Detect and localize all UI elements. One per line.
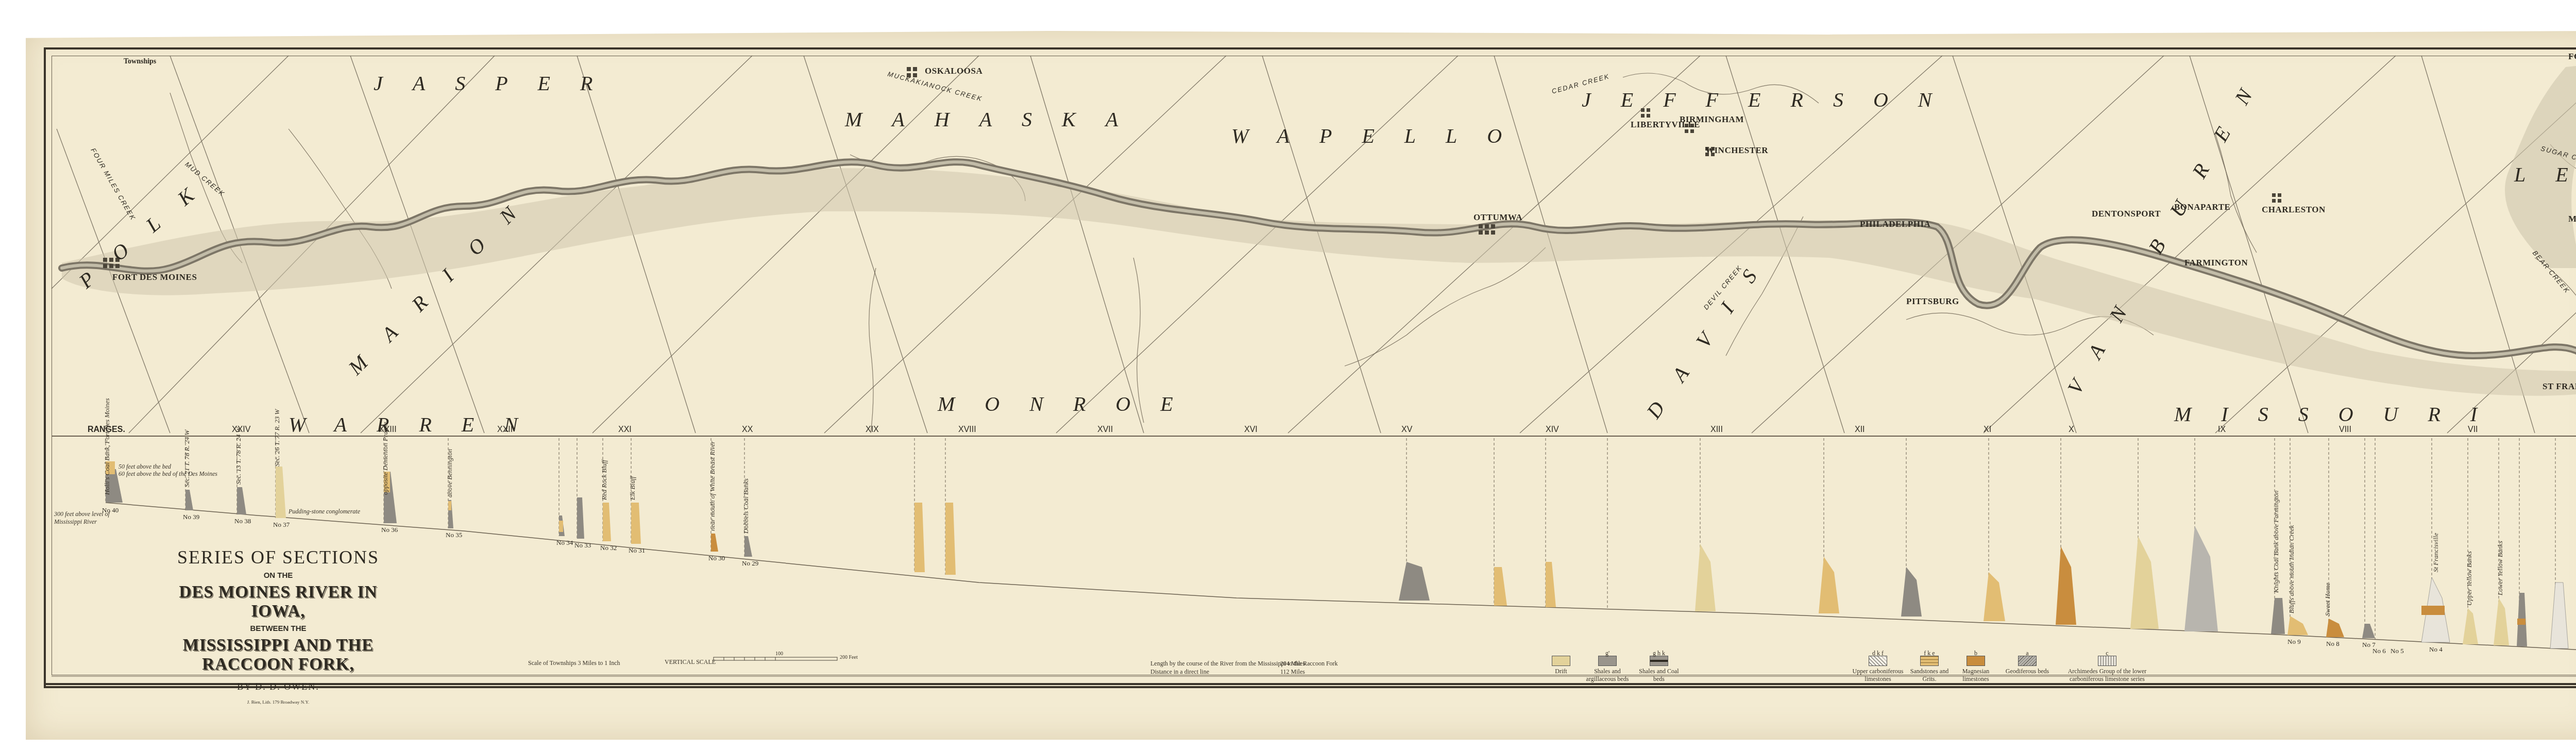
section-no-31: No 31	[629, 546, 645, 555]
range-xvii: XVII	[1097, 425, 1113, 435]
title-mississippi-raccoon: MISSISSIPPI AND THE RACCOON FORK,	[165, 636, 392, 674]
section-no-32: No 32	[600, 544, 617, 552]
section-no-29: No 29	[742, 559, 758, 568]
town-montrose: MONTROSE	[2568, 214, 2576, 224]
section-label-upper-yellow: Upper Yellow Banks	[2465, 551, 2473, 606]
town-bonaparte: BONAPARTE	[2174, 202, 2230, 212]
county-monroe: MONROE	[938, 392, 1203, 416]
county-mahaska: MAHASKA	[845, 107, 1148, 131]
legend-label: Upper carboniferous limestones	[1850, 668, 1906, 683]
county-wapello: WAPELLO	[1231, 124, 1532, 148]
legend-label: Magnesian limestones	[1953, 668, 1999, 683]
section-label-holli: Holli's Coal Bank, Fort Des Moines	[103, 398, 111, 495]
legend-swatch-geodiferous	[2018, 656, 2037, 666]
county-jefferson: JEFFERSON	[1582, 88, 1962, 112]
legend-shales-coal: g h k Shales and Coal beds	[1636, 650, 1682, 683]
distance-direct-value: 112 Miles	[1280, 668, 1305, 676]
section-no-4: No 4	[2429, 645, 2443, 654]
legend-swatch-sandstone	[1920, 656, 1939, 666]
section-no-36: No 36	[381, 526, 398, 534]
legend-code: c	[2056, 650, 2159, 656]
legend-magnesian: b Magnesian limestones	[1953, 650, 1999, 683]
legend-swatch-drift	[1552, 656, 1570, 666]
title-cartouche: SERIES OF SECTIONS ON THE DES MOINES RIV…	[165, 546, 392, 705]
section-no-5: No 5	[2391, 647, 2404, 655]
legend-label: Shales and Coal beds	[1636, 668, 1682, 683]
county-jasper: JASPER	[374, 71, 623, 95]
range-xvi: XVI	[1244, 425, 1258, 435]
range-viii: VIII	[2339, 425, 2351, 435]
title-author: BY D. D. OWEN.	[165, 681, 392, 692]
town-ottumwa: OTTUMWA	[1473, 212, 1522, 223]
section-no-30: No 30	[708, 554, 725, 562]
title-des-moines-river: DES MOINES RIVER IN IOWA,	[165, 583, 392, 621]
legend-swatch-archimedes	[2098, 656, 2116, 666]
legend-label: Shales and argillaceous beds	[1579, 668, 1636, 683]
range-xii: XII	[1855, 425, 1865, 435]
legend-swatch-shales	[1598, 656, 1617, 666]
range-xxi: XXI	[618, 425, 632, 435]
township-scale: Scale of Townships 3 Miles to 1 Inch	[528, 659, 620, 667]
town-winchester: WINCHESTER	[1705, 145, 1768, 156]
range-xiv: XIV	[1546, 425, 1559, 435]
legend-label: Geodiferous beds	[1999, 668, 2056, 675]
town-fort-madison: FORT MADISON	[2568, 52, 2576, 62]
legend-code: a	[1999, 650, 2056, 656]
section-no-39: No 39	[183, 513, 199, 521]
distance-direct-label: Distance in a direct line	[1150, 668, 1209, 676]
section-label-indian-creek: Bluffs above mouth Indian Creek	[2287, 525, 2296, 613]
range-xx: XX	[742, 425, 753, 435]
section-label-bennington: above Bennington	[446, 449, 454, 497]
distance-length-label: Length by the course of the River from t…	[1150, 660, 1338, 668]
legend-label: Archimedes Group of the lower carbonifer…	[2056, 668, 2159, 683]
range-ix: IX	[2218, 425, 2226, 435]
section-label-lower-yellow: Lower Yellow Banks	[2496, 541, 2504, 595]
range-xix: XIX	[866, 425, 879, 435]
range-x: X	[2069, 425, 2074, 435]
legend-code: f k e	[1906, 650, 1953, 656]
vertical-scale-mid: 100	[775, 651, 783, 657]
note-60-feet: 60 feet above the bed of the Des Moines	[118, 470, 217, 478]
county-lee: LEE	[2514, 162, 2576, 187]
legend-shales-argillaceous: g' Shales and argillaceous beds	[1579, 650, 1636, 683]
section-label-elk-bluff: Elk Bluff	[629, 476, 637, 500]
title-engraver: J. Bien, Lith. 179 Broadway N.Y.	[165, 700, 392, 705]
section-no-35: No 35	[446, 531, 462, 539]
town-fort-des-moines: FORT DES MOINES	[112, 272, 197, 282]
town-philadelphia: PHILADELPHIA	[1860, 219, 1930, 229]
town-birmingham: BIRMINGHAM	[1680, 114, 1744, 125]
county-missouri: MISSOURI	[2174, 402, 2507, 426]
note-conglomerate: Pudding-stone conglomerate	[289, 508, 360, 515]
range-xviii: XVIII	[958, 425, 976, 435]
section-no-37: No 37	[273, 521, 290, 529]
town-farmington: FARMINGTON	[2184, 258, 2248, 268]
legend-code	[1543, 650, 1579, 656]
section-label-sec13: Sec. 13 T. 78 R. 24 W	[234, 427, 243, 485]
title-between-the: BETWEEN THE	[165, 624, 392, 633]
range-xxii: XXII	[497, 425, 513, 435]
section-label-st-francisville: St Francisville	[2432, 533, 2440, 572]
legend-code: b	[1953, 650, 1999, 656]
legend-upper-carboniferous: d k f Upper carboniferous limestones	[1850, 650, 1906, 683]
section-label-sweet-home: Sweet Home	[2324, 582, 2332, 616]
legend-swatch-limestone	[1869, 656, 1887, 666]
section-no-38: No 38	[234, 517, 251, 525]
legend-swatch-coal	[1650, 656, 1668, 666]
legend-code: g h k	[1636, 650, 1682, 656]
legend-geodiferous: a Geodiferous beds	[1999, 650, 2056, 675]
note-50-feet: 50 feet above the bed	[118, 463, 171, 471]
section-no-9: No 9	[2287, 638, 2301, 646]
title-on-the: ON THE	[165, 571, 392, 580]
title-series-of-sections: SERIES OF SECTIONS	[165, 546, 392, 568]
range-xv: XV	[1401, 425, 1412, 435]
legend-swatch-magnesian	[1967, 656, 1985, 666]
legend-drift: Drift	[1543, 650, 1579, 675]
vertical-scale-end: 200 Feet	[840, 655, 858, 660]
section-no-34: No 34	[556, 539, 573, 547]
range-xi: XI	[1984, 425, 1991, 435]
legend-label: Sandstones and Grits.	[1906, 668, 1953, 683]
section-label-red-rock: Red Rock Bluff	[600, 460, 608, 500]
town-oskaloosa: OSKALOOSA	[925, 66, 982, 76]
town-dentonsport: DENTONSPORT	[2092, 209, 2161, 219]
range-xiii: XIII	[1710, 425, 1723, 435]
vertical-scale-bar	[714, 657, 837, 660]
legend-sandstones: f k e Sandstones and Grits.	[1906, 650, 1953, 683]
town-pittsburg: PITTSBURG	[1906, 296, 1959, 307]
town-charleston: CHARLESTON	[2262, 205, 2326, 215]
note-300-feet: 300 feet above level of Mississippi Rive…	[54, 510, 116, 526]
legend-code: g'	[1579, 650, 1636, 656]
section-no-6: No 6	[2372, 647, 2386, 655]
section-label-sec21: Sec. 21 T. 78 R. 24 W	[183, 430, 191, 487]
section-no-33: No 33	[574, 541, 591, 550]
section-label-dementon: opposite Dementon Prairie	[381, 422, 389, 495]
town-st-francisville: ST FRANCISVILLE	[2543, 381, 2576, 392]
section-no-8: No 8	[2326, 640, 2340, 648]
legend-label: Drift	[1543, 668, 1579, 675]
legend-archimedes: c Archimedes Group of the lower carbonif…	[2056, 650, 2159, 683]
legend-code: d k f	[1850, 650, 1906, 656]
vertical-scale-label: VERTICAL SCALE	[665, 658, 716, 666]
range-vii: VII	[2468, 425, 2478, 435]
section-label-dobbels: Dobbels Coal Banks	[742, 478, 750, 534]
strata-columns	[106, 461, 2576, 651]
section-label-sec26: Sec. 26 T. 77 R. 23 W	[273, 409, 281, 467]
section-label-white-breast: near mouth of White Breast River	[708, 441, 717, 531]
distance-length-value: 204 Miles	[1280, 660, 1305, 668]
section-label-knights: Knights Coal Bank above Farmington	[2272, 490, 2280, 593]
